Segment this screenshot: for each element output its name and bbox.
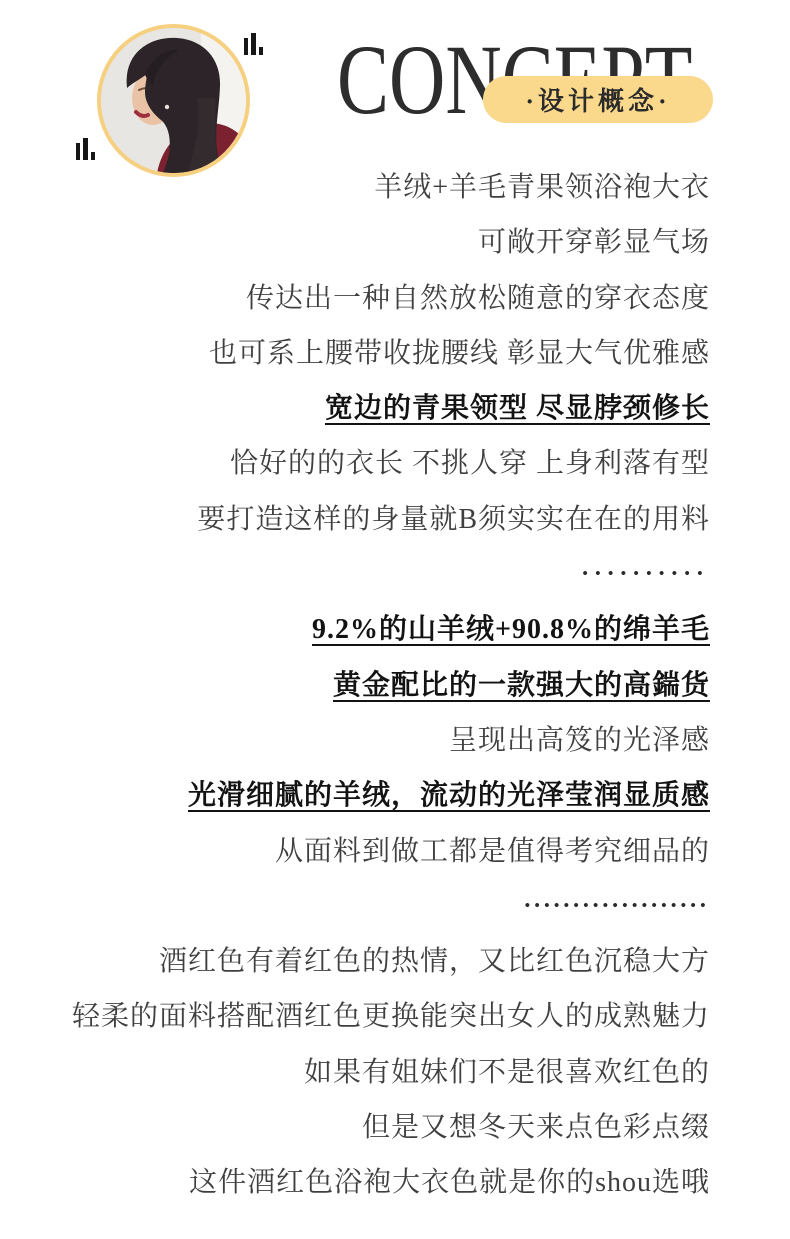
text-line: 呈现出高笈的光泽感: [40, 713, 710, 768]
text-line: 可敞开穿彰显气场: [40, 215, 710, 270]
text-line: 如果有姐妹们不是很喜欢红色的: [40, 1045, 710, 1100]
text-line: 要打造这样的身量就B须实实在在的用料: [40, 492, 710, 547]
text-line-emphasis: 宽边的青果领型 尽显脖颈修长: [40, 381, 710, 436]
dots-separator: ••••••••••: [40, 547, 710, 602]
design-concept-badge-label: ·设计概念·: [525, 81, 670, 118]
design-concept-page: CONCEPT ·设计概念· 羊绒+羊毛青果领浴袍大衣 可敞开穿彰显: [0, 0, 790, 1239]
text-line-emphasis: 9.2%的山羊绒+90.8%的绵羊毛: [40, 602, 710, 657]
description-text-block: 羊绒+羊毛青果领浴袍大衣 可敞开穿彰显气场 传达出一种自然放松随意的穿衣态度 也…: [40, 160, 710, 1211]
text-line: 恰好的的衣长 不挑人穿 上身利落有型: [40, 436, 710, 491]
dots-separator: •••••••••••••••••••: [40, 879, 710, 934]
text-line: 传达出一种自然放松随意的穿衣态度: [40, 271, 710, 326]
text-line: 酒红色有着红色的热情，又比红色沉稳大方: [40, 934, 710, 989]
text-line: 从面料到做工都是值得考究细品的: [40, 824, 710, 879]
design-concept-badge: ·设计概念·: [483, 76, 713, 123]
text-line: 这件酒红色浴袍大衣色就是你的shou选哦: [40, 1155, 710, 1210]
designer-avatar: [97, 24, 250, 177]
text-line-emphasis: 黄金配比的一款强大的高鍴货: [40, 658, 710, 713]
text-line: 轻柔的面料搭配酒红色更换能突出女人的成熟魅力: [40, 989, 710, 1044]
equalizer-bars-icon: [244, 33, 263, 55]
text-line-emphasis: 光滑细腻的羊绒，流动的光泽莹润显质感: [40, 768, 710, 823]
equalizer-bars-icon: [76, 138, 95, 160]
designer-portrait-illustration: [101, 28, 246, 173]
text-line: 也可系上腰带收拢腰线 彰显大气优雅感: [40, 326, 710, 381]
text-line: 但是又想冬天来点色彩点缀: [40, 1100, 710, 1155]
